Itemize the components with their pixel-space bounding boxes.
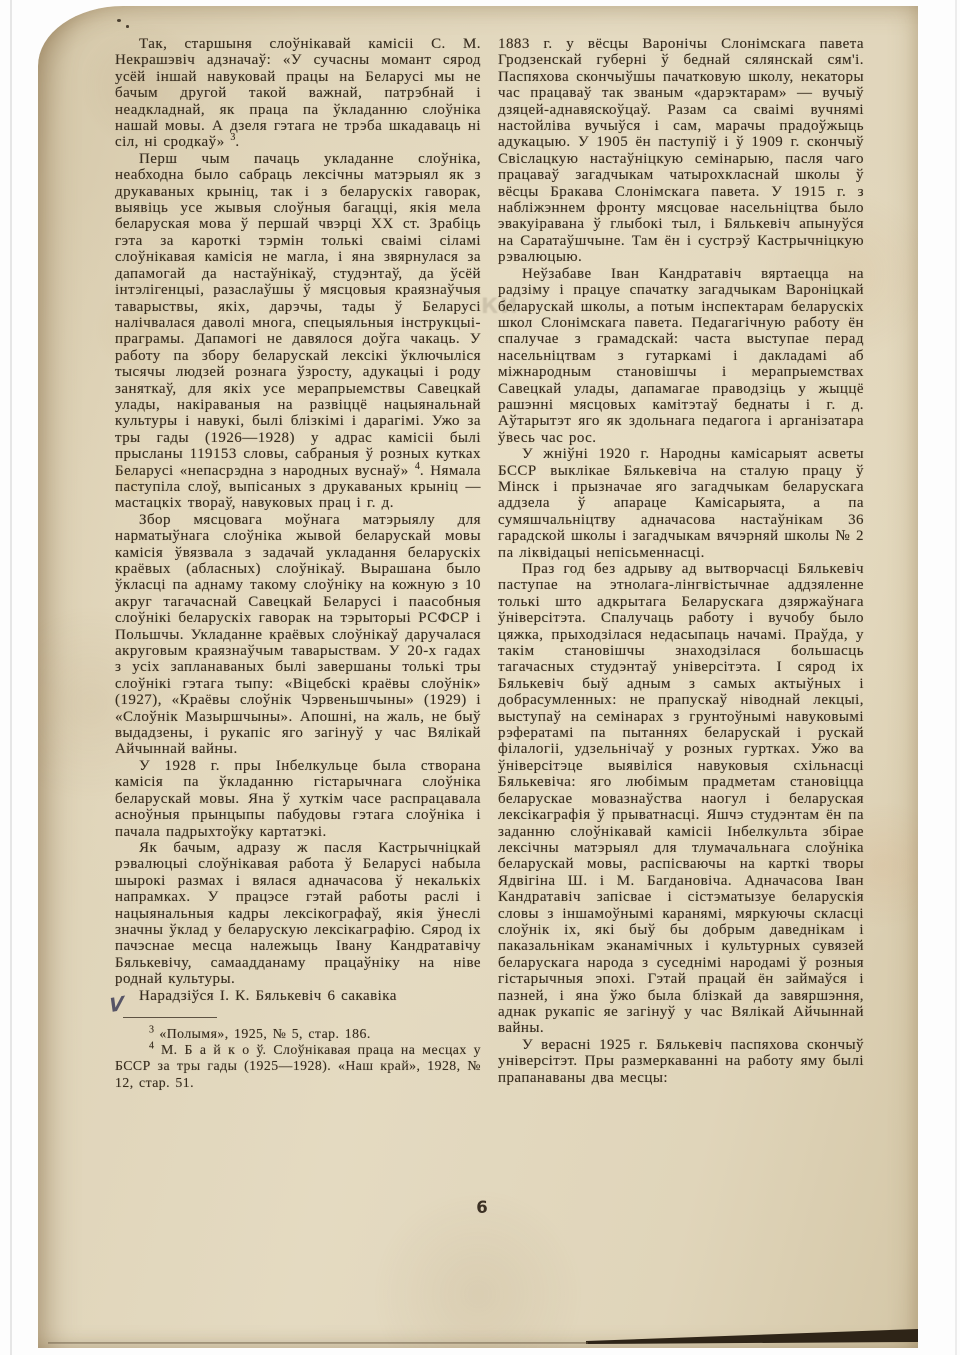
footnotes-block: 3 «Полымя», 1925, № 5, стар. 186.4 М. Б … [115,1026,481,1091]
paragraph-text: 1883 г. у вёсцы Варонічы Слонімскага пав… [498,36,864,265]
paragraph-text: Збор мясцовага моўнага матэрыялу для нар… [115,512,481,758]
scanned-page: КИ Так, старшыня слоўнікавай камісіі С. … [38,6,918,1348]
footnote-rule [123,1017,217,1018]
footnote-text: «Полымя», 1925, № 5, стар. 186. [154,1026,371,1041]
paragraph-text: Перш чым пачаць укладанне слоўніка, неаб… [115,151,481,479]
paragraph: У жніўні 1920 г. Народны камісарыят асве… [498,446,864,561]
footnote-separator: V [115,1004,481,1026]
paragraph-text: Неўзабаве Іван Кандратавіч вяртаецца на … [498,266,864,446]
paragraph: Неўзабаве Іван Кандратавіч вяртаецца на … [498,266,864,446]
paragraph-text: . [235,134,239,150]
footnote: 3 «Полымя», 1925, № 5, стар. 186. [115,1026,481,1042]
ink-speck [117,19,121,22]
paragraph: Збор мясцовага моўнага матэрыялу для нар… [115,512,481,758]
screenshot-stage: КИ Так, старшыня слоўнікавай камісіі С. … [0,0,960,1355]
scanner-edge-line-right [955,0,957,1355]
paragraph: Праз год без адрыву ад вытворчасці Бяльк… [498,561,864,1037]
paragraph: Перш чым пачаць укладанне слоўніка, неаб… [115,151,481,512]
paragraph: Нарадзіўся І. К. Бялькевіч 6 сакавіка [115,988,481,1004]
footnote-text: М. Б а й к о ў. Слоўнікавая праца на мес… [115,1042,481,1089]
paragraph-text: Як бачым, адразу ж пасля Кастрычніцкай р… [115,840,481,987]
paragraph-text: Так, старшыня слоўнікавай камісіі С. М. … [115,36,481,150]
left-column: Так, старшыня слоўнікавай камісіі С. М. … [115,36,481,1091]
handwritten-checkmark: V [109,996,124,1015]
paragraph: Так, старшыня слоўнікавай камісіі С. М. … [115,36,481,151]
page-number: 6 [468,1198,496,1217]
paragraph-text: У 1928 г. пры Інбелкульце была створана … [115,758,481,840]
footnote: 4 М. Б а й к о ў. Слоўнікавая праца на м… [115,1042,481,1091]
paragraph: У 1928 г. пры Інбелкульце была створана … [115,758,481,840]
paragraph-text: У жніўні 1920 г. Народны камісарыят асве… [498,446,864,560]
paragraph: 1883 г. у вёсцы Варонічы Слонімскага пав… [498,36,864,266]
paragraph: У верасні 1925 г. Бялькевіч паспяхова ск… [498,1037,864,1086]
paragraph-text: Нарадзіўся І. К. Бялькевіч 6 сакавіка [139,988,397,1004]
ink-speck [126,25,129,28]
right-column: 1883 г. у вёсцы Варонічы Слонімскага пав… [498,36,864,1086]
page-bottom-edge-shadow [38,1324,918,1348]
paragraph-text: У верасні 1925 г. Бялькевіч паспяхова ск… [498,1037,864,1086]
scanner-edge-line-left [10,0,12,1355]
paragraph-text: Праз год без адрыву ад вытворчасці Бяльк… [498,561,864,1036]
paragraph: Як бачым, адразу ж пасля Кастрычніцкай р… [115,840,481,988]
